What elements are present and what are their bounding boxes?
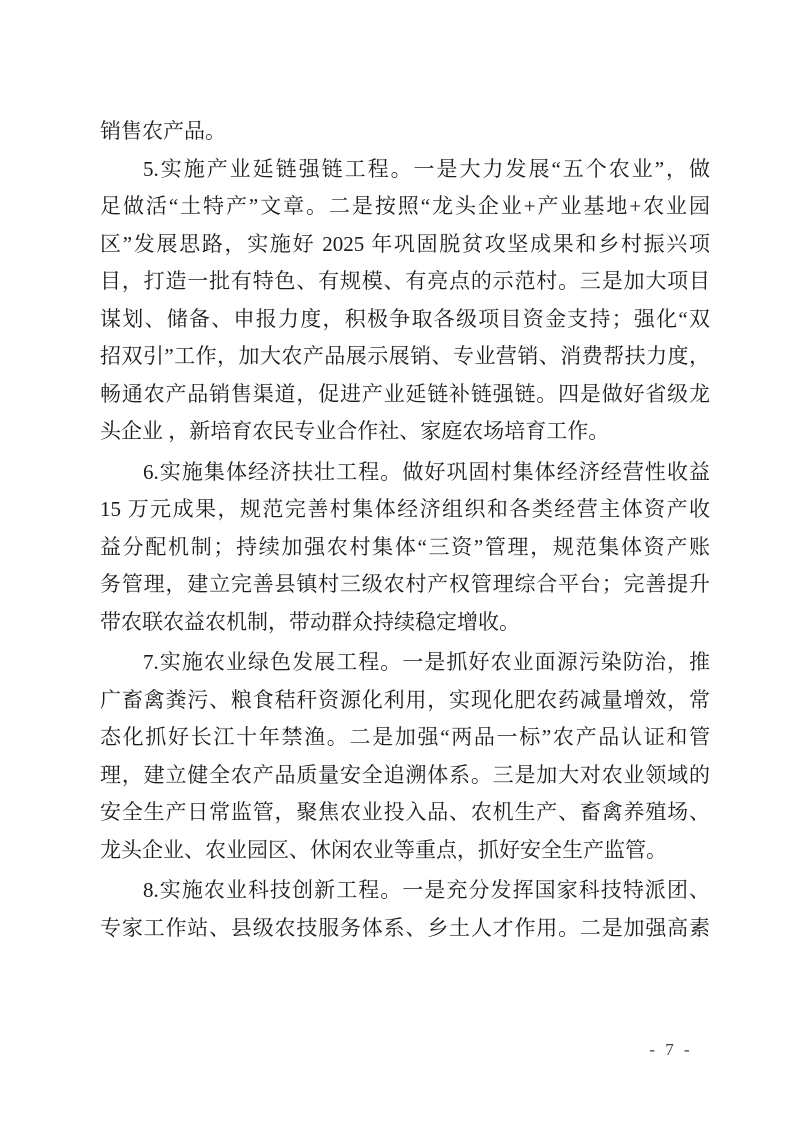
text-line: 区”发展思路，实施好 2025 年巩固脱贫攻坚成果和乡村振兴项 (100, 226, 710, 264)
document-page: 销售农产品。5.实施产业延链强链工程。一是大力发展“五个农业”，做足做活“土特产… (0, 0, 793, 1122)
text-line: 目，打造一批有特色、有规模、有亮点的示范村。三是加大项目 (100, 263, 710, 301)
text-line: 招双引”工作，加大农产品展示展销、专业营销、消费帮扶力度， (100, 338, 710, 376)
text-line: 6.实施集体经济扶壮工程。做好巩固村集体经济经营性收益 (100, 454, 710, 492)
text-line: 态化抓好长江十年禁渔。二是加强“两品一标”农产品认证和管 (100, 719, 710, 757)
text-line: 7.实施农业绿色发展工程。一是抓好农业面源污染防治，推 (100, 644, 710, 682)
text-line: 理，建立健全农产品质量安全追溯体系。三是加大对农业领域的 (100, 757, 710, 795)
document-body: 销售农产品。5.实施产业延链强链工程。一是大力发展“五个农业”，做足做活“土特产… (100, 113, 710, 947)
text-line: 足做活“土特产”文章。二是按照“龙头企业+产业基地+农业园 (100, 188, 710, 226)
text-line: 谋划、储备、申报力度，积极争取各级项目资金支持；强化“双 (100, 301, 710, 339)
text-line: 8.实施农业科技创新工程。一是充分发挥国家科技特派团、 (100, 872, 710, 910)
text-line: 头企业 ，新培育农民专业合作社、家庭农场培育工作。 (100, 413, 710, 451)
page-number: - 7 - (596, 1040, 746, 1060)
text-line: 5.实施产业延链强链工程。一是大力发展“五个农业”，做 (100, 151, 710, 189)
text-line: 龙头企业、农业园区、休闲农业等重点，抓好安全生产监管。 (100, 832, 710, 870)
text-line: 带农联农益农机制，带动群众持续稳定增收。 (100, 604, 710, 642)
text-line: 15 万元成果，规范完善村集体经济组织和各类经营主体资产收 (100, 491, 710, 529)
text-line: 益分配机制；持续加强农村集体“三资”管理，规范集体资产账 (100, 529, 710, 567)
text-line: 广畜禽粪污、粮食秸秆资源化利用，实现化肥农药减量增效，常 (100, 682, 710, 720)
text-line: 销售农产品。 (100, 113, 710, 151)
text-line: 安全生产日常监管，聚焦农业投入品、农机生产、畜禽养殖场、 (100, 794, 710, 832)
text-line: 务管理，建立完善县镇村三级农村产权管理综合平台；完善提升 (100, 566, 710, 604)
text-line: 畅通农产品销售渠道，促进产业延链补链强链。四是做好省级龙 (100, 376, 710, 414)
text-line: 专家工作站、县级农技服务体系、乡土人才作用。二是加强高素 (100, 910, 710, 948)
